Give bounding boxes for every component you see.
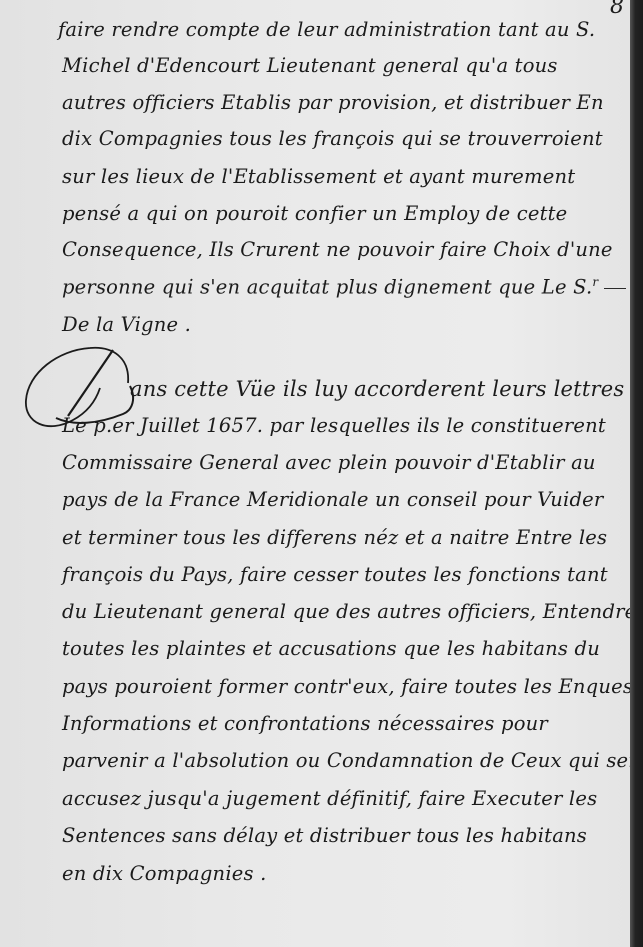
text-line-p1-1: faire rendre compte de leur administrati… <box>58 18 595 41</box>
text-line-p1-4: dix Compagnies tous les françois qui se … <box>62 127 603 150</box>
text-line-p2-5: et terminer tous les differens néz et a … <box>62 526 607 549</box>
text-line-p1-8-text: personne qui s'en acquitat plus dignemen… <box>62 276 592 299</box>
text-line-p1-7: Consequence, Ils Crurent ne pouvoir fair… <box>62 238 613 261</box>
text-line-p2-1: ans cette Vüe ils luy accorderent leurs … <box>130 377 624 401</box>
binding-edge <box>630 0 643 947</box>
text-line-p2-4: pays de la France Meridionale un conseil… <box>62 488 603 511</box>
text-line-p2-14: en dix Compagnies . <box>62 862 267 885</box>
text-line-p2-3: Commissaire General avec plein pouvoir d… <box>62 451 596 474</box>
manuscript-page: 8 faire rendre compte de leur administra… <box>0 0 630 947</box>
text-line-p1-6: pensé a qui on pouroit confier un Employ… <box>62 202 567 225</box>
sieur-superscript: r <box>592 275 598 289</box>
text-line-p2-9: pays pouroient former contr'eux, faire t… <box>62 675 630 698</box>
text-line-p2-2: Le p.er Juillet 1657. par lesquelles ils… <box>62 414 606 437</box>
text-line-p2-6: françois du Pays, faire cesser toutes le… <box>62 563 608 586</box>
text-line-p1-5: sur les lieux de l'Etablissement et ayan… <box>62 165 575 188</box>
text-line-p2-10: Informations et confrontations nécessair… <box>62 712 548 735</box>
line-filler-dash <box>604 288 626 289</box>
text-line-p2-8: toutes les plaintes et accusations que l… <box>62 637 600 660</box>
text-line-p1-2: Michel d'Edencourt Lieutenant general qu… <box>62 54 558 77</box>
text-line-p2-13: Sentences sans délay et distribuer tous … <box>62 824 587 847</box>
text-line-p1-3: autres officiers Etablis par provision, … <box>62 91 604 114</box>
text-line-p2-11: parvenir a l'absolution ou Condamnation … <box>62 749 630 772</box>
text-line-p1-9: De la Vigne . <box>62 313 191 336</box>
text-line-p2-12: accusez jusqu'a jugement définitif, fair… <box>62 787 597 810</box>
text-line-p2-7: du Lieutenant general que des autres off… <box>62 600 630 623</box>
text-line-p1-8: personne qui s'en acquitat plus dignemen… <box>62 275 626 299</box>
folio-number: 8 <box>610 0 624 19</box>
